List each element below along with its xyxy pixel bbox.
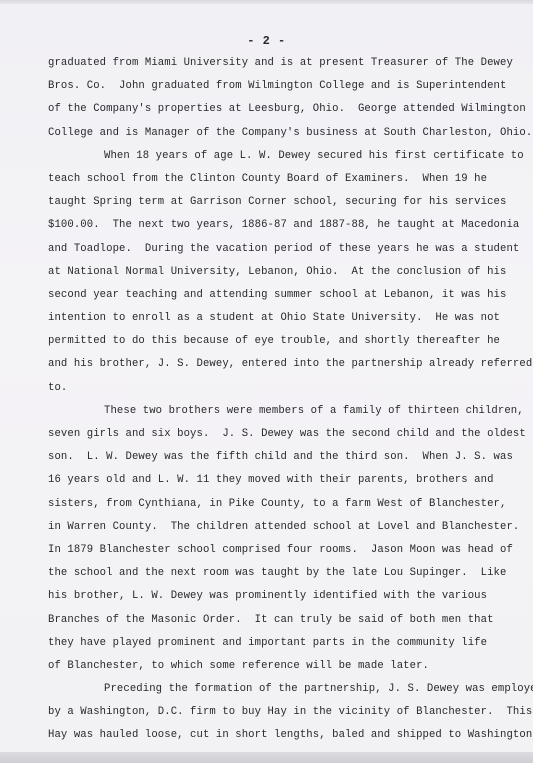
- text-line: intention to enroll as a student at Ohio…: [48, 307, 498, 330]
- text-line: and Toadlope. During the vacation period…: [48, 238, 498, 261]
- text-line: in Warren County. The children attended …: [48, 516, 498, 539]
- text-line: and his brother, J. S. Dewey, entered in…: [48, 353, 498, 376]
- text-line: seven girls and six boys. J. S. Dewey wa…: [48, 423, 498, 446]
- text-line: Hay was hauled loose, cut in short lengt…: [48, 724, 498, 747]
- text-line: at National Normal University, Lebanon, …: [48, 261, 498, 284]
- text-line: Bros. Co. John graduated from Wilmington…: [48, 75, 498, 98]
- text-line: taught Spring term at Garrison Corner sc…: [48, 191, 498, 214]
- text-line: $100.00. The next two years, 1886-87 and…: [48, 214, 498, 237]
- text-line: his brother, L. W. Dewey was prominently…: [48, 585, 498, 608]
- text-line: sisters, from Cynthiana, in Pike County,…: [48, 493, 498, 516]
- text-line: graduated from Miami University and is a…: [48, 52, 498, 75]
- paragraph-first-line: When 18 years of age L. W. Dewey secured…: [48, 145, 498, 168]
- text-line: by a Washington, D.C. firm to buy Hay in…: [48, 701, 498, 724]
- paragraph-first-line: These two brothers were members of a fam…: [48, 400, 498, 423]
- typewritten-page: - 2 - graduated from Miami University an…: [0, 4, 533, 754]
- text-line: College and is Manager of the Company's …: [48, 122, 498, 145]
- text-line: of Blanchester, to which some reference …: [48, 655, 498, 678]
- text-line: second year teaching and attending summe…: [48, 284, 498, 307]
- page-number: - 2 -: [0, 34, 533, 48]
- body-text: graduated from Miami University and is a…: [48, 52, 498, 748]
- text-line: son. L. W. Dewey was the fifth child and…: [48, 446, 498, 469]
- text-line: In 1879 Blanchester school comprised fou…: [48, 539, 498, 562]
- text-line: teach school from the Clinton County Boa…: [48, 168, 498, 191]
- text-line: the school and the next room was taught …: [48, 562, 498, 585]
- text-line: to.: [48, 377, 498, 400]
- text-line: they have played prominent and important…: [48, 632, 498, 655]
- paper-bottom-edge: [0, 752, 533, 763]
- text-line: 16 years old and L. W. 11 they moved wit…: [48, 469, 498, 492]
- text-line: Branches of the Masonic Order. It can tr…: [48, 609, 498, 632]
- text-line: permitted to do this because of eye trou…: [48, 330, 498, 353]
- text-line: of the Company's properties at Leesburg,…: [48, 98, 498, 121]
- paragraph-first-line: Preceding the formation of the partnersh…: [48, 678, 498, 701]
